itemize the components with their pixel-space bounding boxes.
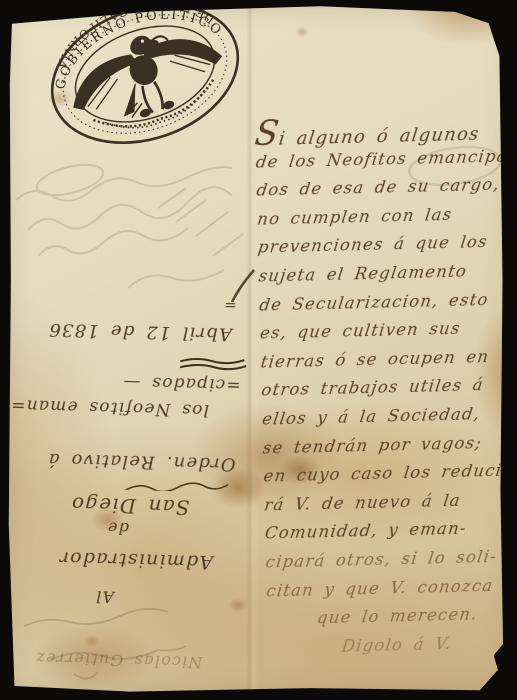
photographed-document: GOBIERNO POLITICO DE LA ALTA CALIFORNIA.	[0, 0, 517, 700]
docket-addressee-place: San Diego	[70, 493, 189, 520]
docket-date: Abril 12 de 1836	[48, 319, 232, 345]
docket-upside-down: Nicolas Gutierrez Al Administrador de Sa…	[5, 279, 251, 693]
docket-squiggle-rule	[95, 475, 230, 493]
docket-signature-ghost: Nicolas Gutierrez	[35, 649, 203, 672]
docket-double-underline-flourish	[178, 353, 248, 371]
letter-body-text: Si alguno ó algunos de los Neofitos eman…	[250, 118, 517, 668]
docket-addressee-of: de	[107, 518, 130, 538]
docket-title: Orden. Relativo á	[47, 449, 236, 475]
docket-subject-line2: =cipados —	[122, 372, 241, 395]
letter-line: Digolo á V.	[263, 632, 517, 667]
docket-addressee-to: Al	[95, 587, 115, 606]
docket-subject-line1: los Neofitos eman=	[10, 395, 209, 420]
docket-closing-mark: =	[223, 296, 237, 314]
manuscript-page: GOBIERNO POLITICO DE LA ALTA CALIFORNIA.	[0, 0, 517, 700]
docket-addressee-role: Administrador	[58, 547, 213, 573]
